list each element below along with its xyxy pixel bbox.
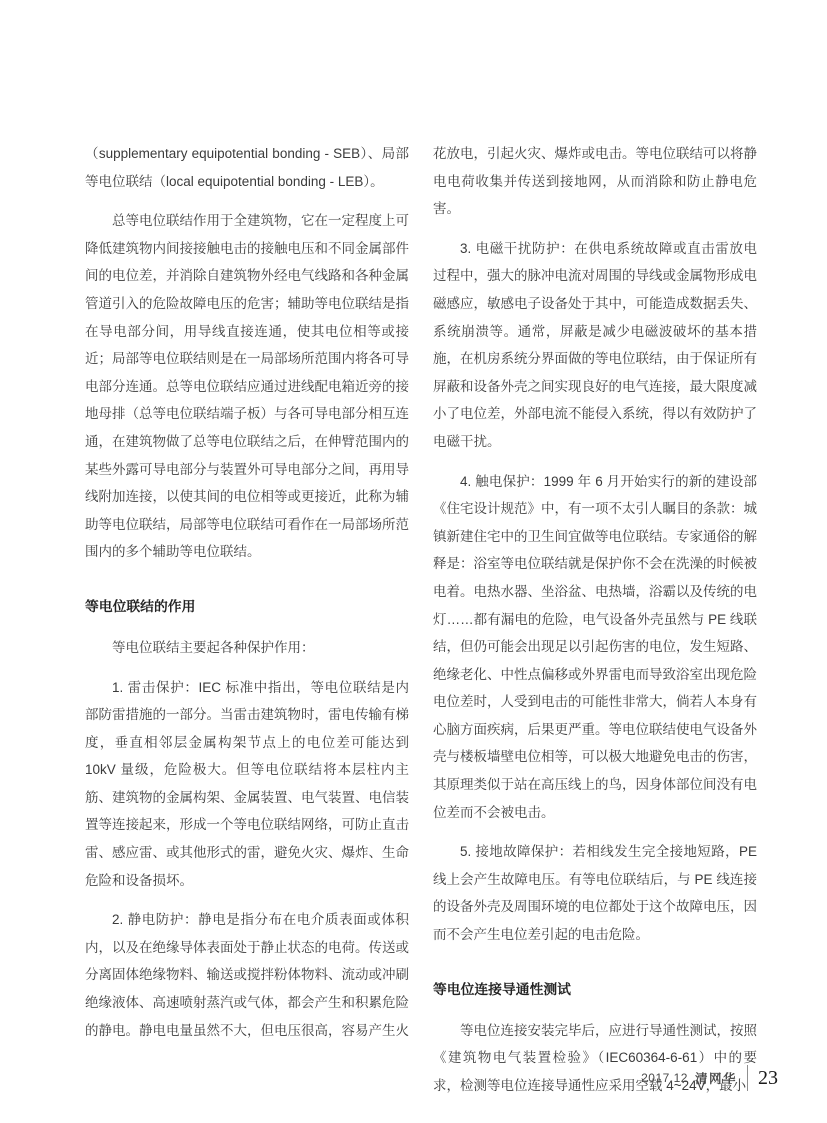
section-heading-bonding-role: 等电位联结的作用 xyxy=(85,596,409,618)
paragraph-continuation-seb-leb: （supplementary equipotential bonding - S… xyxy=(85,140,409,195)
magazine-page: （supplementary equipotential bonding - S… xyxy=(0,0,827,1123)
section-heading-continuity-test: 等电位连接导通性测试 xyxy=(433,979,757,1001)
footer-divider xyxy=(747,1065,748,1091)
article-body: （supplementary equipotential bonding - S… xyxy=(85,140,757,1099)
paragraph-electric-shock-protection: 4. 触电保护：1999 年 6 月开始实行的新的建设部《住宅设计规范》中，有一… xyxy=(433,468,757,827)
paragraph-lightning-protection: 1. 雷击保护：IEC 标准中指出，等电位联结是内部防雷措施的一部分。当雷击建筑… xyxy=(85,674,409,895)
paragraph-ground-fault-protection: 5. 接地故障保护：若相线发生完全接地短路，PE 线上会产生故障电压。有等电位联… xyxy=(433,838,757,948)
paragraph-static-protection: 2. 静电防护：静电是指分布在电介质表面或体积内，以及在绝缘导体表面处于静止状态… xyxy=(85,906,409,1044)
right-column: 花放电，引起火灾、爆炸或电击。等电位联结可以将静电电荷收集并传送到接地网，从而消… xyxy=(433,140,757,1099)
paragraph-protection-intro: 等电位联结主要起各种保护作用： xyxy=(85,634,409,662)
paragraph-bonding-overview: 总等电位联结作用于全建筑物，它在一定程度上可降低建筑物内间接接触电击的接触电压和… xyxy=(85,207,409,566)
paragraph-emi-protection: 3. 电磁干扰防护：在供电系统故障或直击雷放电过程中，强大的脉冲电流对周围的导线… xyxy=(433,235,757,456)
issue-date: 2017.12 xyxy=(641,1071,688,1085)
magazine-name: 清网华 xyxy=(695,1069,737,1087)
page-footer: 2017.12 清网华 23 xyxy=(641,1063,778,1093)
page-number: 23 xyxy=(758,1067,778,1090)
paragraph-static-continuation: 花放电，引起火灾、爆炸或电击。等电位联结可以将静电电荷收集并传送到接地网，从而消… xyxy=(433,140,757,223)
left-column: （supplementary equipotential bonding - S… xyxy=(85,140,409,1099)
